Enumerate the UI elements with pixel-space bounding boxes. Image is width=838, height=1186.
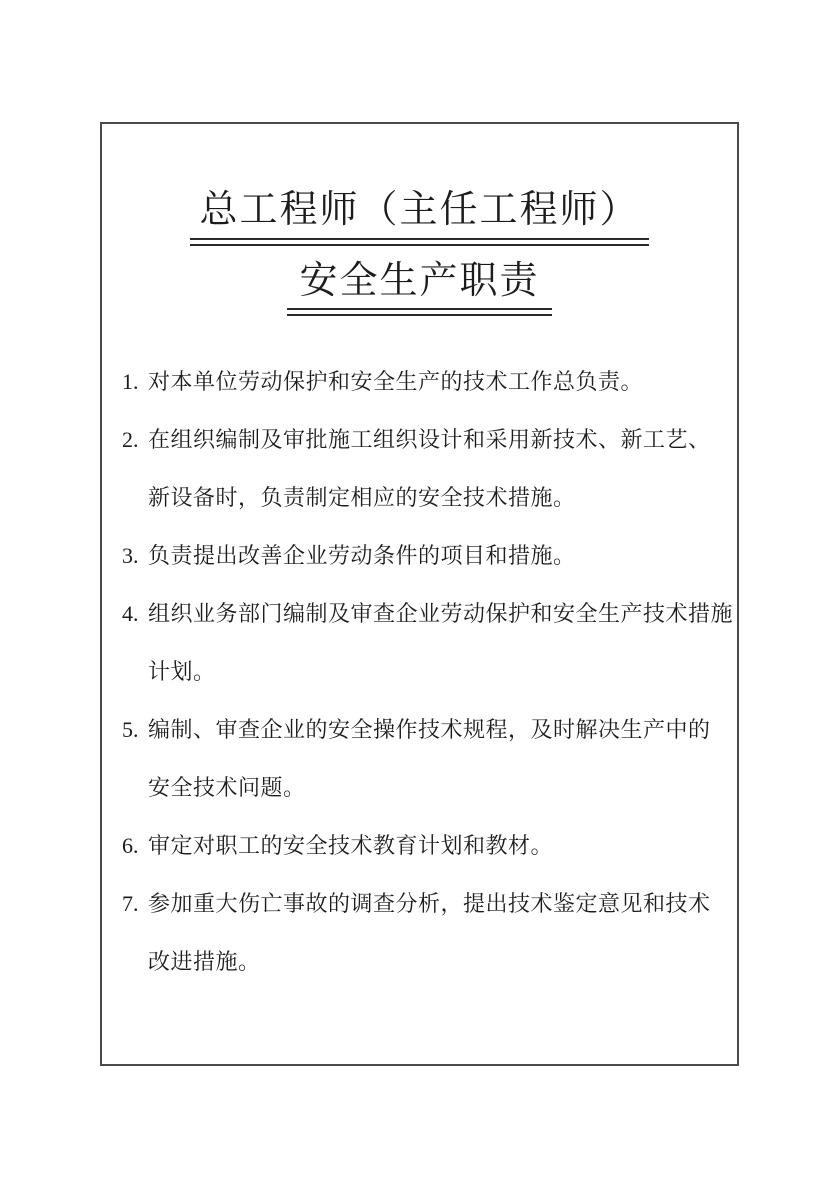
- document-title-line2: 安全生产职责: [102, 259, 737, 305]
- item-text: 审定对职工的安全技术教育计划和教材。: [148, 833, 553, 858]
- responsibility-list: 1.对本单位劳动保护和安全生产的技术工作总负责。 2.在组织编制及审批施工组织设…: [102, 353, 737, 991]
- list-item-4: 4.组织业务部门编制及审查企业劳动保护和安全生产技术措施: [122, 585, 737, 643]
- title-underline-2: [287, 308, 552, 316]
- item-number: 1.: [122, 353, 148, 411]
- item-number: 2.: [122, 411, 148, 469]
- item-number: 6.: [122, 817, 148, 875]
- item-number: 7.: [122, 875, 148, 933]
- list-item-2-continuation: 新设备时，负责制定相应的安全技术措施。: [122, 469, 737, 527]
- title-block: 总工程师（主任工程师） 安全生产职责: [102, 188, 737, 316]
- title-underline-1: [190, 238, 649, 246]
- item-text: 编制、审查企业的安全操作技术规程，及时解决生产中的: [148, 717, 711, 742]
- item-number: 4.: [122, 585, 148, 643]
- item-text: 负责提出改善企业劳动条件的项目和措施。: [148, 543, 576, 568]
- item-number: 5.: [122, 701, 148, 759]
- list-item-4-continuation: 计划。: [122, 643, 737, 701]
- item-number: 3.: [122, 527, 148, 585]
- item-text: 新设备时，负责制定相应的安全技术措施。: [148, 485, 576, 510]
- item-text: 计划。: [148, 659, 216, 684]
- item-text: 改进措施。: [148, 949, 261, 974]
- item-text: 安全技术问题。: [148, 775, 306, 800]
- list-item-6: 6.审定对职工的安全技术教育计划和教材。: [122, 817, 737, 875]
- item-text: 组织业务部门编制及审查企业劳动保护和安全生产技术措施: [148, 601, 733, 626]
- list-item-1: 1.对本单位劳动保护和安全生产的技术工作总负责。: [122, 353, 737, 411]
- page-border: 总工程师（主任工程师） 安全生产职责 1.对本单位劳动保护和安全生产的技术工作总…: [100, 122, 739, 1066]
- list-item-5: 5.编制、审查企业的安全操作技术规程，及时解决生产中的: [122, 701, 737, 759]
- list-item-7: 7.参加重大伤亡事故的调查分析，提出技术鉴定意见和技术: [122, 875, 737, 933]
- document-title-line1: 总工程师（主任工程师）: [102, 188, 737, 234]
- item-text: 对本单位劳动保护和安全生产的技术工作总负责。: [148, 369, 643, 394]
- item-text: 在组织编制及审批施工组织设计和采用新技术、新工艺、: [148, 427, 711, 452]
- list-item-7-continuation: 改进措施。: [122, 933, 737, 991]
- list-item-2: 2.在组织编制及审批施工组织设计和采用新技术、新工艺、: [122, 411, 737, 469]
- list-item-5-continuation: 安全技术问题。: [122, 759, 737, 817]
- item-text: 参加重大伤亡事故的调查分析，提出技术鉴定意见和技术: [148, 891, 711, 916]
- list-item-3: 3.负责提出改善企业劳动条件的项目和措施。: [122, 527, 737, 585]
